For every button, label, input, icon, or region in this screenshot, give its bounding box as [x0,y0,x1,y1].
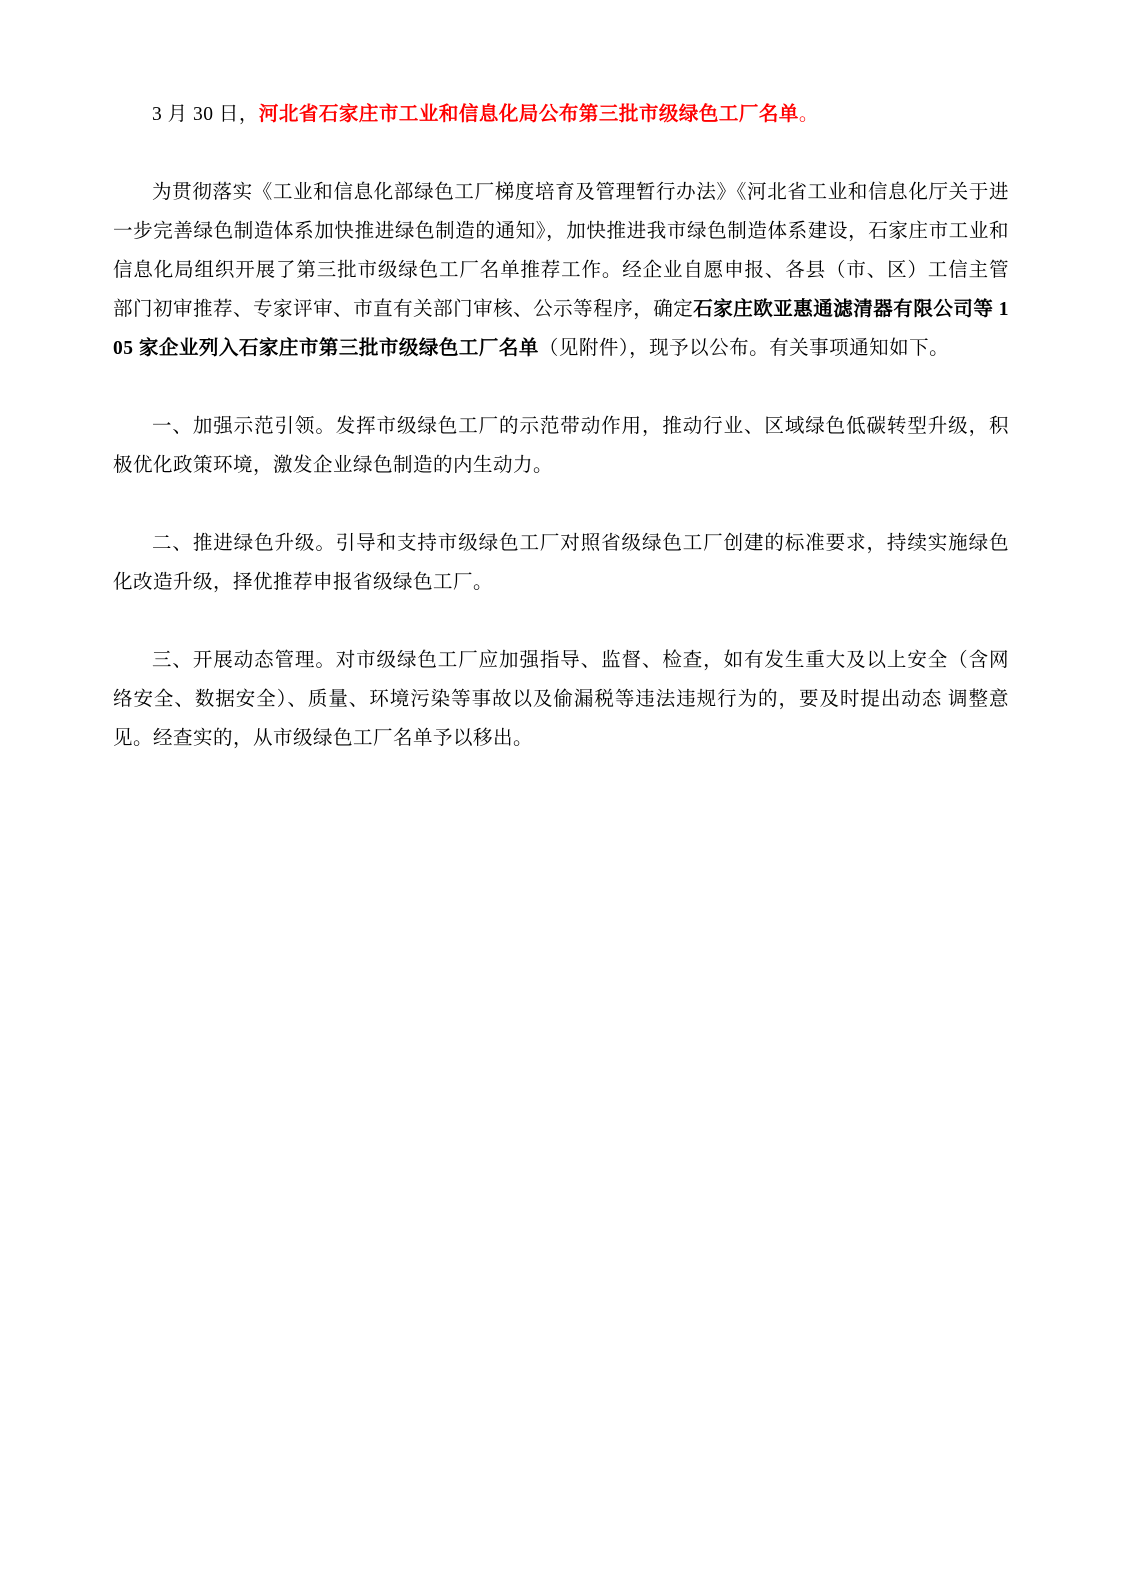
item-2-text: 二、推进绿色升级。引导和支持市级绿色工厂对照省级绿色工厂创建的标准要求，持续实施… [113,533,1009,593]
paragraph-headline: 3 月 30 日，河北省石家庄市工业和信息化局公布第三批市级绿色工厂名单。 [113,95,1009,134]
item-1-text: 一、加强示范引领。发挥市级绿色工厂的示范带动作用，推动行业、区域绿色低碳转型升级… [113,416,1009,476]
paragraph-item-2: 二、推进绿色升级。引导和支持市级绿色工厂对照省级绿色工厂创建的标准要求，持续实施… [113,524,1009,602]
paragraph-item-3: 三、开展动态管理。对市级绿色工厂应加强指导、监督、检查，如有发生重大及以上安全（… [113,641,1009,758]
paragraph-intro: 为贯彻落实《工业和信息化部绿色工厂梯度培育及管理暂行办法》《河北省工业和信息化厅… [113,173,1009,368]
headline-date-text: 3 月 30 日， [152,104,259,125]
document-page: 3 月 30 日，河北省石家庄市工业和信息化局公布第三批市级绿色工厂名单。 为贯… [0,0,1122,1587]
item-3-text: 三、开展动态管理。对市级绿色工厂应加强指导、监督、检查，如有发生重大及以上安全（… [113,650,1009,749]
headline-red-period: 。 [799,104,819,125]
intro-text-trail: （见附件），现予以公布。有关事项通知如下。 [539,338,949,359]
headline-red-title: 河北省石家庄市工业和信息化局公布第三批市级绿色工厂名单 [259,104,799,125]
paragraph-item-1: 一、加强示范引领。发挥市级绿色工厂的示范带动作用，推动行业、区域绿色低碳转型升级… [113,407,1009,485]
